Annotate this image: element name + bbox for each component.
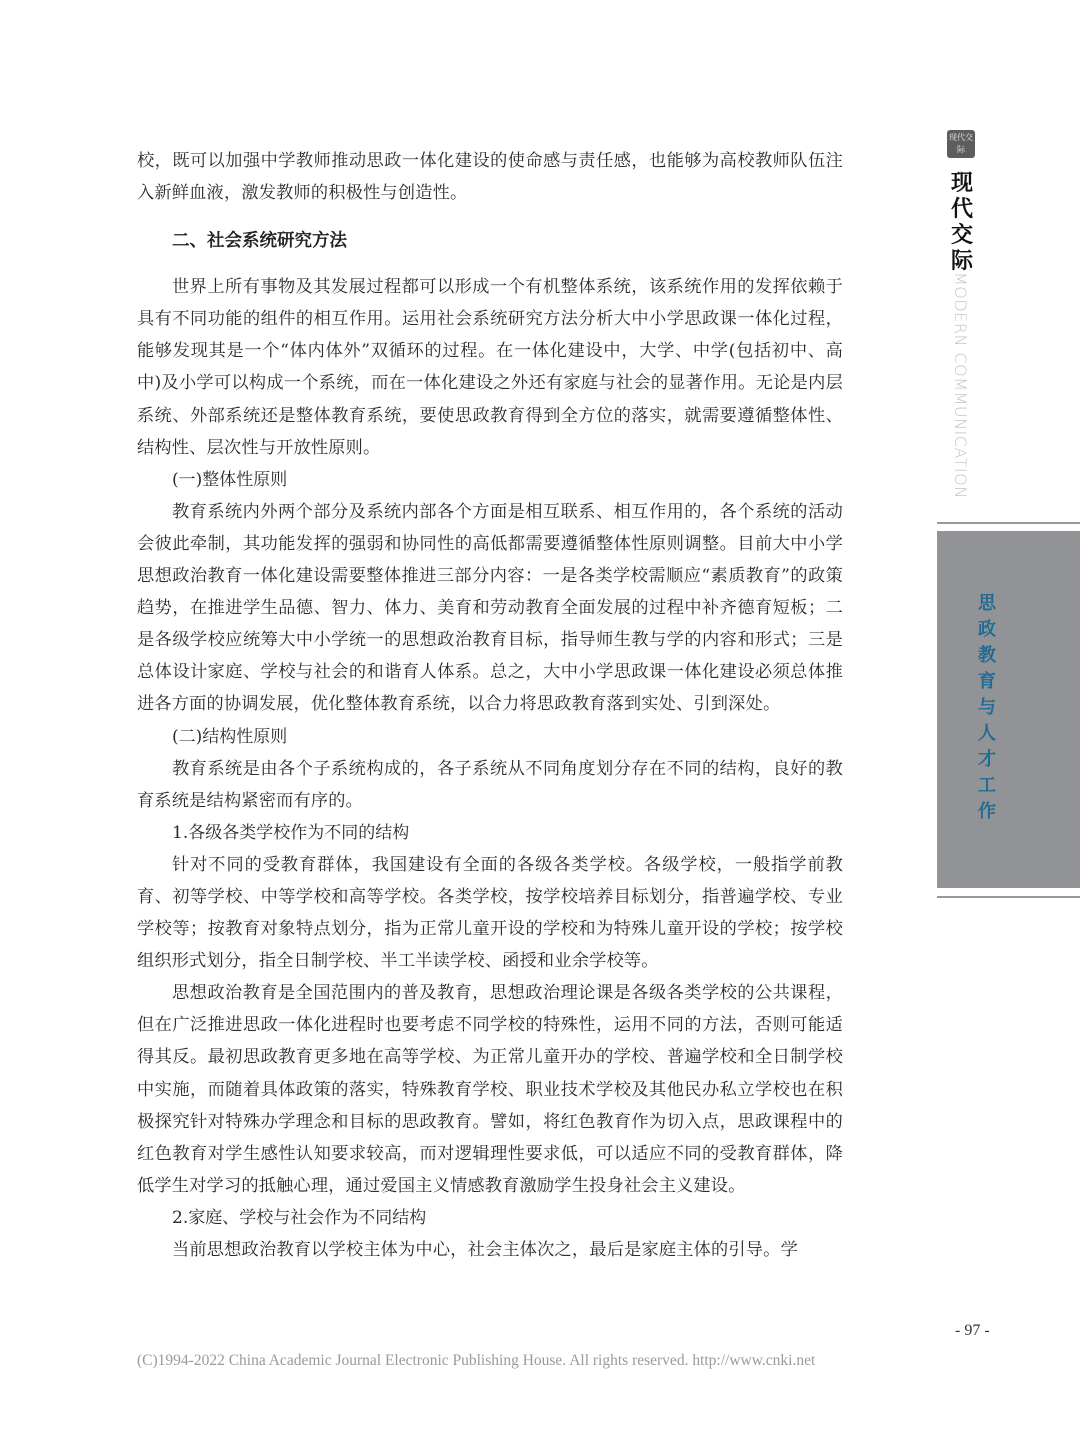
copyright-notice: (C)1994-2022 China Academic Journal Elec… [137,1352,815,1370]
journal-title-cn: 现 代 交 际 [947,170,977,274]
subsection-heading: (一)整体性原则 [137,464,843,496]
divider [937,896,1080,898]
journal-logo-icon: 现代交际 [947,130,975,158]
subsection-heading: 2.家庭、学校与社会作为不同结构 [137,1202,843,1234]
journal-sidebar: 现代交际 现 代 交 际 MODERN COMMUNICATION 思 政 教 … [937,0,1080,1455]
journal-title-en: MODERN COMMUNICATION [947,272,977,502]
paragraph: 世界上所有事物及其发展过程都可以形成一个有机整体系统，该系统作用的发挥依赖于具有… [137,271,843,464]
paragraph: 教育系统是由各个子系统构成的，各子系统从不同角度划分存在不同的结构，良好的教育系… [137,753,843,817]
paragraph-continuation: 校，既可以加强中学教师推动思政一体化建设的使命感与责任感，也能够为高校教师队伍注… [137,145,843,209]
paragraph: 当前思想政治教育以学校主体为中心，社会主体次之，最后是家庭主体的引导。学 [137,1234,843,1266]
page-number: - 97 - [955,1322,990,1340]
article-body: 校，既可以加强中学教师推动思政一体化建设的使命感与责任感，也能够为高校教师队伍注… [137,145,843,1266]
paragraph: 针对不同的受教育群体，我国建设有全面的各级各类学校。各级学校，一般指学前教育、初… [137,849,843,977]
section-heading: 二、社会系统研究方法 [137,225,843,257]
paragraph: 思想政治教育是全国范围内的普及教育，思想政治理论课是各级各类学校的公共课程，但在… [137,977,843,1202]
subsection-heading: (二)结构性原则 [137,721,843,753]
section-tab: 思 政 教 育 与 人 才 工 作 [937,531,1080,888]
subsection-heading: 1.各级各类学校作为不同的结构 [137,817,843,849]
section-label: 思 政 教 育 与 人 才 工 作 [975,591,999,825]
paragraph: 教育系统内外两个部分及系统内部各个方面是相互联系、相互作用的，各个系统的活动会彼… [137,496,843,721]
divider [937,522,1080,524]
